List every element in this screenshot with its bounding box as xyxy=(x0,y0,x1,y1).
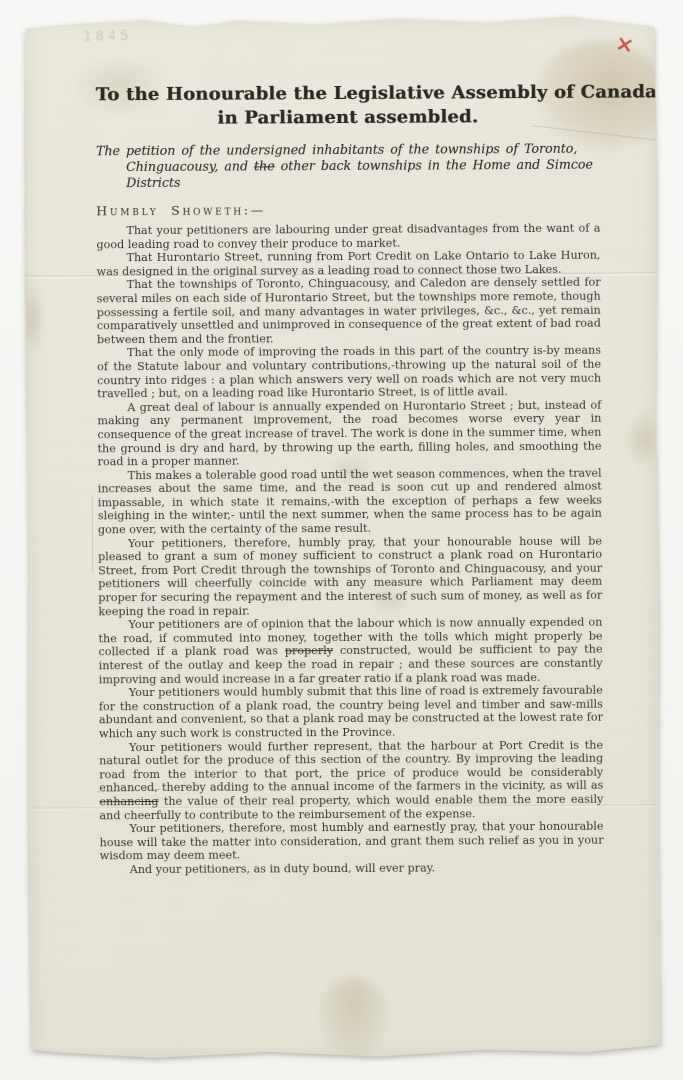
text-segment: Your petitioners, therefore, most humbly… xyxy=(100,820,604,863)
paragraph-10: Your petitioners would further represent… xyxy=(99,738,603,822)
document-title-line1: To the Honourable the Legislative Assemb… xyxy=(96,81,600,107)
petition-subtitle: The petition of the undersigned inhabita… xyxy=(96,141,600,192)
paragraph-8: Your petitioners are of opinion that the… xyxy=(98,616,602,687)
text-segment: That your petitioners are labouring unde… xyxy=(96,222,600,251)
pencil-inscription: 1845 xyxy=(83,29,132,45)
document-title-line2: in Parliament assembled. xyxy=(96,105,600,131)
paragraph-4: That the only mode of improving the road… xyxy=(97,344,601,401)
stain-bottom xyxy=(318,978,388,1064)
paragraph-9: Your petitioners would humbly submit tha… xyxy=(99,684,603,741)
paragraph-12: And your petitioners, as in duty bound, … xyxy=(100,861,604,877)
stain-right-edge xyxy=(623,412,665,466)
paragraph-5: A great deal of labour is annually expen… xyxy=(97,398,601,469)
text-segment: That the only mode of improving the road… xyxy=(97,344,601,400)
printed-text-column: To the Honourable the Legislative Assemb… xyxy=(96,77,604,877)
paragraph-1: That your petitioners are labouring unde… xyxy=(96,222,600,252)
paragraph-11: Your petitioners, therefore, most humbly… xyxy=(99,820,603,863)
text-segment: Your petitioners, therefore, humbly pray… xyxy=(98,534,602,618)
stain-left-edge xyxy=(19,284,45,354)
struck-word: the xyxy=(254,158,275,173)
text-segment: This makes a tolerable good road until t… xyxy=(98,466,602,536)
text-segment: That the townships of Toronto, Chinguaco… xyxy=(97,276,601,346)
scan-background: { "page": {"background": "#f5f5f3"}, "pa… xyxy=(0,0,683,1080)
paragraph-2: That Hurontario Street, running from Por… xyxy=(96,249,600,279)
paper-sheet: 1845 × To the Honourable the Legislative… xyxy=(23,14,662,1063)
fold-crease-vertical xyxy=(92,497,93,573)
text-segment: the value of their real property, which … xyxy=(99,793,603,822)
struck-word: properly xyxy=(285,644,333,657)
petition-page: 1845 × To the Honourable the Legislative… xyxy=(23,14,662,1063)
petition-body: That your petitioners are labouring unde… xyxy=(96,222,603,877)
paragraph-7: Your petitioners, therefore, humbly pray… xyxy=(98,534,602,618)
text-segment: Your petitioners would further represent… xyxy=(99,738,603,794)
text-segment: And your petitioners, as in duty bound, … xyxy=(130,861,435,876)
struck-word: enhancing xyxy=(99,795,158,808)
text-segment: That Hurontario Street, running from Por… xyxy=(97,249,601,278)
red-x-mark: × xyxy=(613,31,636,59)
text-segment: A great deal of labour is annually expen… xyxy=(97,398,601,468)
paragraph-6: This makes a tolerable good road until t… xyxy=(98,466,602,537)
salutation: Humbly Showeth:— xyxy=(96,201,600,219)
paragraph-3: That the townships of Toronto, Chinguaco… xyxy=(97,276,601,347)
text-segment: Your petitioners would humbly submit tha… xyxy=(99,684,603,740)
